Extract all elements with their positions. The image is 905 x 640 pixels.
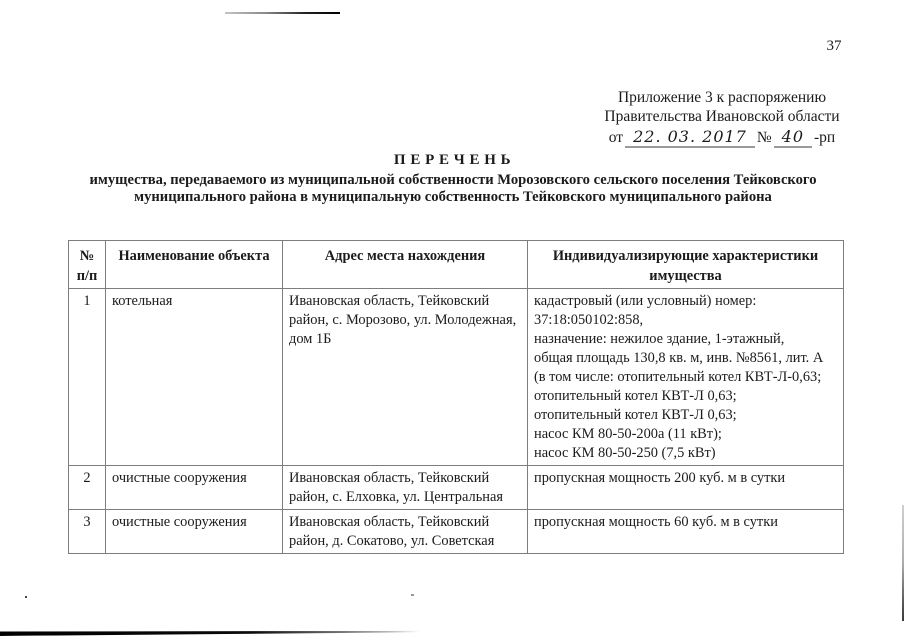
row-address: Ивановская область, Тейковский район, с.… — [283, 289, 528, 466]
header-num: № п/п — [69, 241, 106, 289]
header-address: Адрес места нахождения — [283, 241, 528, 289]
header-name: Наименование объекта — [106, 241, 283, 289]
handwritten-date: 22. 03. 2017 — [625, 127, 755, 148]
row-object-name: очистные сооружения — [106, 510, 283, 554]
row-characteristics: кадастровый (или условный) номер: 37:18:… — [528, 289, 844, 466]
property-table: № п/п Наименование объекта Адрес места н… — [68, 240, 844, 554]
date-prefix: от — [609, 129, 623, 146]
scanned-document-page: { "page": { "number": "37" }, "header": … — [0, 0, 905, 640]
scan-artifact-top-line — [225, 12, 340, 14]
scan-artifact-dot — [25, 596, 27, 598]
document-subtitle: имущества, передаваемого из муниципально… — [72, 172, 834, 205]
row-address: Ивановская область, Тейковский район, с.… — [283, 466, 528, 510]
row-address: Ивановская область, Тейковский район, д.… — [283, 510, 528, 554]
scan-artifact-right-edge-line — [902, 505, 904, 621]
header-characteristics: Индивидуализирующие характеристики имуще… — [528, 241, 844, 289]
page-number: 37 — [804, 38, 864, 55]
scan-artifact-bottom-line — [0, 629, 420, 636]
appendix-line-2: Правительства Ивановской области — [592, 107, 852, 126]
table-row: 1 котельная Ивановская область, Тейковск… — [69, 289, 844, 466]
appendix-header: Приложение 3 к распоряжению Правительств… — [592, 88, 852, 148]
table-row: 2 очистные сооружения Ивановская область… — [69, 466, 844, 510]
appendix-line-1: Приложение 3 к распоряжению — [592, 88, 852, 107]
row-num: 3 — [69, 510, 106, 554]
row-characteristics: пропускная мощность 60 куб. м в сутки — [528, 510, 844, 554]
handwritten-number: 40 — [774, 127, 812, 148]
order-date-line: от22. 03. 2017№40-рп — [592, 127, 852, 148]
row-characteristics: пропускная мощность 200 куб. м в сутки — [528, 466, 844, 510]
scan-artifact-speck — [411, 594, 414, 596]
table-header-row: № п/п Наименование объекта Адрес места н… — [69, 241, 844, 289]
document-title: П Е Р Е Ч Е Н Ь — [0, 152, 905, 169]
row-num: 1 — [69, 289, 106, 466]
number-sign: № — [757, 129, 772, 146]
number-suffix: -рп — [814, 129, 835, 146]
row-object-name: очистные сооружения — [106, 466, 283, 510]
row-object-name: котельная — [106, 289, 283, 466]
table-row: 3 очистные сооружения Ивановская область… — [69, 510, 844, 554]
row-num: 2 — [69, 466, 106, 510]
